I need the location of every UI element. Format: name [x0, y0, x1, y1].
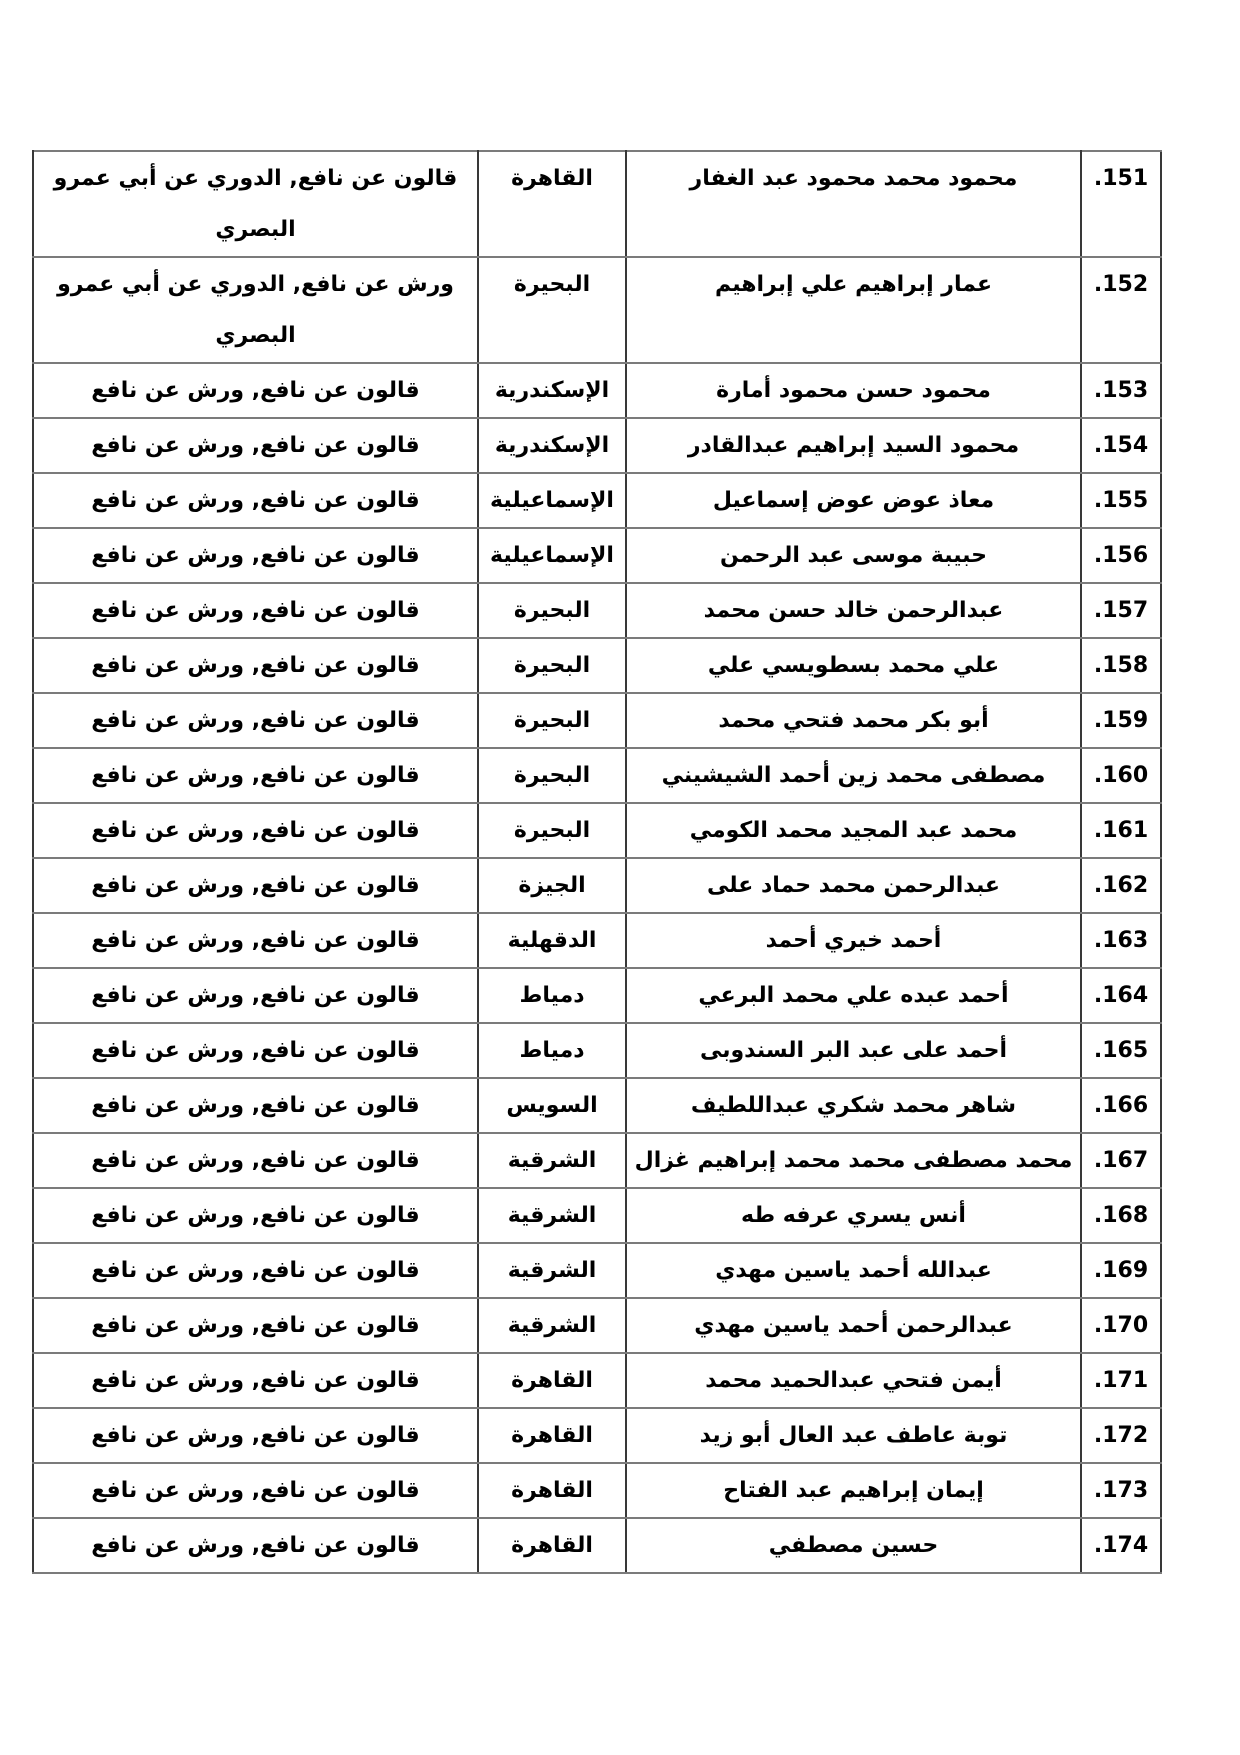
serial-number-cell: 153. [1081, 363, 1161, 418]
serial-number-cell: 152. [1081, 257, 1161, 363]
person-name-cell: عبدالرحمن أحمد ياسين مهدي [626, 1298, 1081, 1353]
person-name-cell: مصطفى محمد زين أحمد الشيشيني [626, 748, 1081, 803]
person-name-cell: أبو بكر محمد فتحي محمد [626, 693, 1081, 748]
governorate-cell: القاهرة [478, 151, 626, 257]
person-name-cell: إيمان إبراهيم عبد الفتاح [626, 1463, 1081, 1518]
serial-number-cell: 166. [1081, 1078, 1161, 1133]
person-name-cell: حبيبة موسى عبد الرحمن [626, 528, 1081, 583]
narration-cell: قالون عن نافع, الدوري عن أبي عمرو البصري [33, 151, 478, 257]
serial-number-cell: 156. [1081, 528, 1161, 583]
serial-number-cell: 158. [1081, 638, 1161, 693]
table-row: 154.محمود السيد إبراهيم عبدالقادرالإسكند… [33, 418, 1161, 473]
serial-number-cell: 173. [1081, 1463, 1161, 1518]
governorate-cell: دمياط [478, 1023, 626, 1078]
table-row: 163.أحمد خيري أحمدالدقهليةقالون عن نافع,… [33, 913, 1161, 968]
narration-cell: قالون عن نافع, ورش عن نافع [33, 1243, 478, 1298]
person-name-cell: محمود حسن محمود أمارة [626, 363, 1081, 418]
narration-cell: قالون عن نافع, ورش عن نافع [33, 1298, 478, 1353]
person-name-cell: أحمد عبده علي محمد البرعي [626, 968, 1081, 1023]
serial-number-cell: 165. [1081, 1023, 1161, 1078]
narration-cell: قالون عن نافع, ورش عن نافع [33, 1133, 478, 1188]
serial-number-cell: 151. [1081, 151, 1161, 257]
serial-number-cell: 154. [1081, 418, 1161, 473]
table-row: 173.إيمان إبراهيم عبد الفتاحالقاهرةقالون… [33, 1463, 1161, 1518]
narration-cell: قالون عن نافع, ورش عن نافع [33, 1353, 478, 1408]
table-row: 166.شاهر محمد شكري عبداللطيفالسويسقالون … [33, 1078, 1161, 1133]
table-row: 155.معاذ عوض عوض إسماعيلالإسماعيليةقالون… [33, 473, 1161, 528]
person-name-cell: محمد عبد المجيد محمد الكومي [626, 803, 1081, 858]
serial-number-cell: 170. [1081, 1298, 1161, 1353]
person-name-cell: شاهر محمد شكري عبداللطيف [626, 1078, 1081, 1133]
governorate-cell: البحيرة [478, 583, 626, 638]
person-name-cell: أنس يسري عرفه طه [626, 1188, 1081, 1243]
narration-cell: قالون عن نافع, ورش عن نافع [33, 363, 478, 418]
person-name-cell: توبة عاطف عبد العال أبو زيد [626, 1408, 1081, 1463]
serial-number-cell: 155. [1081, 473, 1161, 528]
students-table-body: 151.محمود محمد محمود عبد الغفارالقاهرةقا… [33, 151, 1161, 1573]
table-row: 167.محمد مصطفى محمد محمد إبراهيم غزالالش… [33, 1133, 1161, 1188]
serial-number-cell: 169. [1081, 1243, 1161, 1298]
table-row: 164.أحمد عبده علي محمد البرعيدمياطقالون … [33, 968, 1161, 1023]
serial-number-cell: 159. [1081, 693, 1161, 748]
narration-cell: قالون عن نافع, ورش عن نافع [33, 473, 478, 528]
person-name-cell: عمار إبراهيم علي إبراهيم [626, 257, 1081, 363]
table-row: 174.حسين مصطفيالقاهرةقالون عن نافع, ورش … [33, 1518, 1161, 1573]
governorate-cell: دمياط [478, 968, 626, 1023]
table-row: 161.محمد عبد المجيد محمد الكوميالبحيرةقا… [33, 803, 1161, 858]
narration-cell: قالون عن نافع, ورش عن نافع [33, 528, 478, 583]
narration-cell: ورش عن نافع, الدوري عن أبي عمرو البصري [33, 257, 478, 363]
students-table: 151.محمود محمد محمود عبد الغفارالقاهرةقا… [32, 150, 1162, 1574]
person-name-cell: أحمد خيري أحمد [626, 913, 1081, 968]
serial-number-cell: 172. [1081, 1408, 1161, 1463]
table-row: 151.محمود محمد محمود عبد الغفارالقاهرةقا… [33, 151, 1161, 257]
narration-cell: قالون عن نافع, ورش عن نافع [33, 1023, 478, 1078]
narration-cell: قالون عن نافع, ورش عن نافع [33, 748, 478, 803]
governorate-cell: الإسماعيلية [478, 528, 626, 583]
table-row: 156.حبيبة موسى عبد الرحمنالإسماعيليةقالو… [33, 528, 1161, 583]
serial-number-cell: 161. [1081, 803, 1161, 858]
narration-cell: قالون عن نافع, ورش عن نافع [33, 913, 478, 968]
serial-number-cell: 174. [1081, 1518, 1161, 1573]
governorate-cell: الشرقية [478, 1243, 626, 1298]
serial-number-cell: 160. [1081, 748, 1161, 803]
narration-cell: قالون عن نافع, ورش عن نافع [33, 583, 478, 638]
table-row: 159.أبو بكر محمد فتحي محمدالبحيرةقالون ع… [33, 693, 1161, 748]
governorate-cell: البحيرة [478, 638, 626, 693]
narration-cell: قالون عن نافع, ورش عن نافع [33, 1078, 478, 1133]
governorate-cell: البحيرة [478, 748, 626, 803]
table-row: 158.علي محمد بسطويسي عليالبحيرةقالون عن … [33, 638, 1161, 693]
serial-number-cell: 168. [1081, 1188, 1161, 1243]
person-name-cell: حسين مصطفي [626, 1518, 1081, 1573]
table-row: 162.عبدالرحمن محمد حماد علىالجيزةقالون ع… [33, 858, 1161, 913]
person-name-cell: معاذ عوض عوض إسماعيل [626, 473, 1081, 528]
table-row: 165.أحمد على عبد البر السندوبىدمياطقالون… [33, 1023, 1161, 1078]
narration-cell: قالون عن نافع, ورش عن نافع [33, 1188, 478, 1243]
governorate-cell: الإسكندرية [478, 418, 626, 473]
table-row: 152.عمار إبراهيم علي إبراهيمالبحيرةورش ع… [33, 257, 1161, 363]
person-name-cell: محمود السيد إبراهيم عبدالقادر [626, 418, 1081, 473]
governorate-cell: الشرقية [478, 1188, 626, 1243]
governorate-cell: القاهرة [478, 1463, 626, 1518]
narration-cell: قالون عن نافع, ورش عن نافع [33, 1463, 478, 1518]
table-row: 171.أيمن فتحي عبدالحميد محمدالقاهرةقالون… [33, 1353, 1161, 1408]
governorate-cell: الشرقية [478, 1133, 626, 1188]
table-row: 172.توبة عاطف عبد العال أبو زيدالقاهرةقا… [33, 1408, 1161, 1463]
narration-cell: قالون عن نافع, ورش عن نافع [33, 1518, 478, 1573]
table-row: 153.محمود حسن محمود أمارةالإسكندريةقالون… [33, 363, 1161, 418]
narration-cell: قالون عن نافع, ورش عن نافع [33, 803, 478, 858]
governorate-cell: القاهرة [478, 1518, 626, 1573]
narration-cell: قالون عن نافع, ورش عن نافع [33, 418, 478, 473]
governorate-cell: السويس [478, 1078, 626, 1133]
governorate-cell: الشرقية [478, 1298, 626, 1353]
table-row: 168.أنس يسري عرفه طهالشرقيةقالون عن نافع… [33, 1188, 1161, 1243]
narration-cell: قالون عن نافع, ورش عن نافع [33, 858, 478, 913]
governorate-cell: الإسماعيلية [478, 473, 626, 528]
table-row: 170.عبدالرحمن أحمد ياسين مهديالشرقيةقالو… [33, 1298, 1161, 1353]
governorate-cell: الإسكندرية [478, 363, 626, 418]
person-name-cell: أحمد على عبد البر السندوبى [626, 1023, 1081, 1078]
person-name-cell: عبدالرحمن محمد حماد على [626, 858, 1081, 913]
person-name-cell: أيمن فتحي عبدالحميد محمد [626, 1353, 1081, 1408]
serial-number-cell: 167. [1081, 1133, 1161, 1188]
narration-cell: قالون عن نافع, ورش عن نافع [33, 638, 478, 693]
governorate-cell: البحيرة [478, 257, 626, 363]
table-row: 169.عبدالله أحمد ياسين مهديالشرقيةقالون … [33, 1243, 1161, 1298]
table-row: 160.مصطفى محمد زين أحمد الشيشينيالبحيرةق… [33, 748, 1161, 803]
document-page: 151.محمود محمد محمود عبد الغفارالقاهرةقا… [0, 0, 1240, 1755]
serial-number-cell: 171. [1081, 1353, 1161, 1408]
table-row: 157.عبدالرحمن خالد حسن محمدالبحيرةقالون … [33, 583, 1161, 638]
serial-number-cell: 162. [1081, 858, 1161, 913]
governorate-cell: البحيرة [478, 693, 626, 748]
serial-number-cell: 163. [1081, 913, 1161, 968]
person-name-cell: عبدالرحمن خالد حسن محمد [626, 583, 1081, 638]
governorate-cell: البحيرة [478, 803, 626, 858]
governorate-cell: القاهرة [478, 1408, 626, 1463]
person-name-cell: محمود محمد محمود عبد الغفار [626, 151, 1081, 257]
serial-number-cell: 164. [1081, 968, 1161, 1023]
person-name-cell: علي محمد بسطويسي علي [626, 638, 1081, 693]
narration-cell: قالون عن نافع, ورش عن نافع [33, 693, 478, 748]
narration-cell: قالون عن نافع, ورش عن نافع [33, 968, 478, 1023]
governorate-cell: الدقهلية [478, 913, 626, 968]
person-name-cell: محمد مصطفى محمد محمد إبراهيم غزال [626, 1133, 1081, 1188]
governorate-cell: الجيزة [478, 858, 626, 913]
serial-number-cell: 157. [1081, 583, 1161, 638]
narration-cell: قالون عن نافع, ورش عن نافع [33, 1408, 478, 1463]
person-name-cell: عبدالله أحمد ياسين مهدي [626, 1243, 1081, 1298]
governorate-cell: القاهرة [478, 1353, 626, 1408]
